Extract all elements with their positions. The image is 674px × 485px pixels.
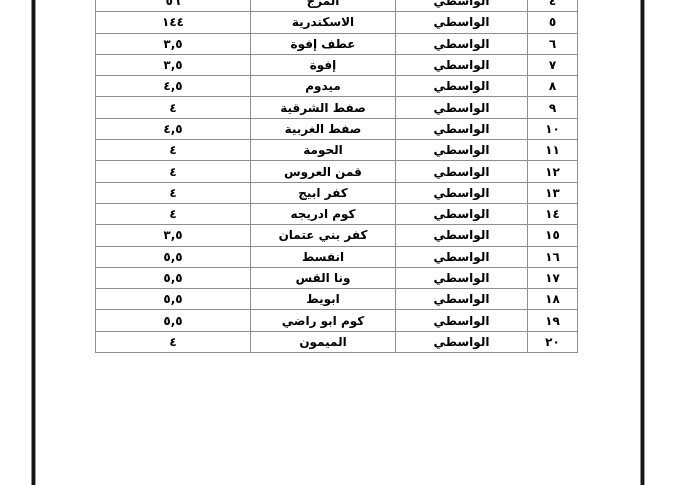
table-row: ١٩ الواسطي كوم ابو راضي ٥,٥ bbox=[96, 310, 578, 331]
district-cell: الواسطي bbox=[396, 246, 528, 267]
value-cell: ٥,٥ bbox=[96, 267, 251, 288]
row-number-cell: ١٥ bbox=[528, 225, 578, 246]
table-row: ١٣ الواسطي كفر ابيج ٤ bbox=[96, 182, 578, 203]
village-name-cell: صفط الشرقية bbox=[251, 97, 396, 118]
village-name-cell: كفر ابيج bbox=[251, 182, 396, 203]
row-number-cell: ١٤ bbox=[528, 203, 578, 224]
value-cell: ٤,٥ bbox=[96, 118, 251, 139]
village-name-cell: ميدوم bbox=[251, 76, 396, 97]
table-body: ٤ الواسطي المرج ٥٦ ٥ الواسطي الاسكندرية … bbox=[96, 0, 578, 353]
value-cell: ٥,٥ bbox=[96, 246, 251, 267]
row-number-cell: ٧ bbox=[528, 54, 578, 75]
table-row: ١١ الواسطي الحومة ٤ bbox=[96, 140, 578, 161]
table-row: ٦ الواسطي عطف إفوة ٣,٥ bbox=[96, 33, 578, 54]
table-row: ٥ الواسطي الاسكندرية ١٤٤ bbox=[96, 12, 578, 33]
value-cell: ٣,٥ bbox=[96, 54, 251, 75]
district-cell: الواسطي bbox=[396, 12, 528, 33]
district-cell: الواسطي bbox=[396, 97, 528, 118]
village-name-cell: انفسط bbox=[251, 246, 396, 267]
district-cell: الواسطي bbox=[396, 161, 528, 182]
value-cell: ٤ bbox=[96, 331, 251, 352]
village-name-cell: كوم ابو راضي bbox=[251, 310, 396, 331]
row-number-cell: ١٢ bbox=[528, 161, 578, 182]
table-row: ٢٠ الواسطي الميمون ٤ bbox=[96, 331, 578, 352]
table-row: ١٥ الواسطي كفر بني عتمان ٣,٥ bbox=[96, 225, 578, 246]
village-name-cell: قمن العروس bbox=[251, 161, 396, 182]
table-row: ٧ الواسطي إفوة ٣,٥ bbox=[96, 54, 578, 75]
value-cell: ٤ bbox=[96, 140, 251, 161]
table-row: ٨ الواسطي ميدوم ٤,٥ bbox=[96, 76, 578, 97]
row-number-cell: ١١ bbox=[528, 140, 578, 161]
district-cell: الواسطي bbox=[396, 203, 528, 224]
table-row: ١٠ الواسطي صفط الغربية ٤,٥ bbox=[96, 118, 578, 139]
table-row: ١٢ الواسطي قمن العروس ٤ bbox=[96, 161, 578, 182]
village-name-cell: كفر بني عتمان bbox=[251, 225, 396, 246]
district-cell: الواسطي bbox=[396, 182, 528, 203]
table-viewport: ٤ الواسطي المرج ٥٦ ٥ الواسطي الاسكندرية … bbox=[95, 0, 579, 356]
page-edge-rule-left bbox=[31, 0, 36, 485]
district-cell: الواسطي bbox=[396, 289, 528, 310]
district-cell: الواسطي bbox=[396, 267, 528, 288]
table-row: ٤ الواسطي المرج ٥٦ bbox=[96, 0, 578, 12]
district-cell: الواسطي bbox=[396, 225, 528, 246]
village-name-cell: عطف إفوة bbox=[251, 33, 396, 54]
value-cell: ٤ bbox=[96, 97, 251, 118]
row-number-cell: ١٧ bbox=[528, 267, 578, 288]
row-number-cell: ١٦ bbox=[528, 246, 578, 267]
row-number-cell: ٢٠ bbox=[528, 331, 578, 352]
table-row: ١٤ الواسطي كوم ادريجه ٤ bbox=[96, 203, 578, 224]
village-name-cell: المرج bbox=[251, 0, 396, 12]
row-number-cell: ٩ bbox=[528, 97, 578, 118]
district-cell: الواسطي bbox=[396, 33, 528, 54]
district-cell: الواسطي bbox=[396, 54, 528, 75]
villages-table: ٤ الواسطي المرج ٥٦ ٥ الواسطي الاسكندرية … bbox=[95, 0, 578, 353]
row-number-cell: ٥ bbox=[528, 12, 578, 33]
district-cell: الواسطي bbox=[396, 331, 528, 352]
table-row: ١٧ الواسطي ونا القس ٥,٥ bbox=[96, 267, 578, 288]
value-cell: ١٤٤ bbox=[96, 12, 251, 33]
row-number-cell: ٨ bbox=[528, 76, 578, 97]
value-cell: ٤ bbox=[96, 203, 251, 224]
village-name-cell: كوم ادريجه bbox=[251, 203, 396, 224]
village-name-cell: ابويط bbox=[251, 289, 396, 310]
value-cell: ٣,٥ bbox=[96, 33, 251, 54]
row-number-cell: ١٠ bbox=[528, 118, 578, 139]
value-cell: ٥,٥ bbox=[96, 289, 251, 310]
row-number-cell: ١٣ bbox=[528, 182, 578, 203]
row-number-cell: ١٨ bbox=[528, 289, 578, 310]
village-name-cell: إفوة bbox=[251, 54, 396, 75]
value-cell: ٥٦ bbox=[96, 0, 251, 12]
table-row: ٩ الواسطي صفط الشرقية ٤ bbox=[96, 97, 578, 118]
value-cell: ٤ bbox=[96, 182, 251, 203]
district-cell: الواسطي bbox=[396, 118, 528, 139]
value-cell: ٥,٥ bbox=[96, 310, 251, 331]
row-number-cell: ٦ bbox=[528, 33, 578, 54]
value-cell: ٤,٥ bbox=[96, 76, 251, 97]
village-name-cell: الحومة bbox=[251, 140, 396, 161]
table-row: ١٦ الواسطي انفسط ٥,٥ bbox=[96, 246, 578, 267]
district-cell: الواسطي bbox=[396, 140, 528, 161]
district-cell: الواسطي bbox=[396, 0, 528, 12]
village-name-cell: ونا القس bbox=[251, 267, 396, 288]
village-name-cell: الميمون bbox=[251, 331, 396, 352]
row-number-cell: ٤ bbox=[528, 0, 578, 12]
district-cell: الواسطي bbox=[396, 76, 528, 97]
village-name-cell: صفط الغربية bbox=[251, 118, 396, 139]
table-row: ١٨ الواسطي ابويط ٥,٥ bbox=[96, 289, 578, 310]
district-cell: الواسطي bbox=[396, 310, 528, 331]
page-edge-rule-right bbox=[640, 0, 645, 485]
value-cell: ٤ bbox=[96, 161, 251, 182]
row-number-cell: ١٩ bbox=[528, 310, 578, 331]
document-page: ٤ الواسطي المرج ٥٦ ٥ الواسطي الاسكندرية … bbox=[0, 0, 674, 485]
value-cell: ٣,٥ bbox=[96, 225, 251, 246]
village-name-cell: الاسكندرية bbox=[251, 12, 396, 33]
